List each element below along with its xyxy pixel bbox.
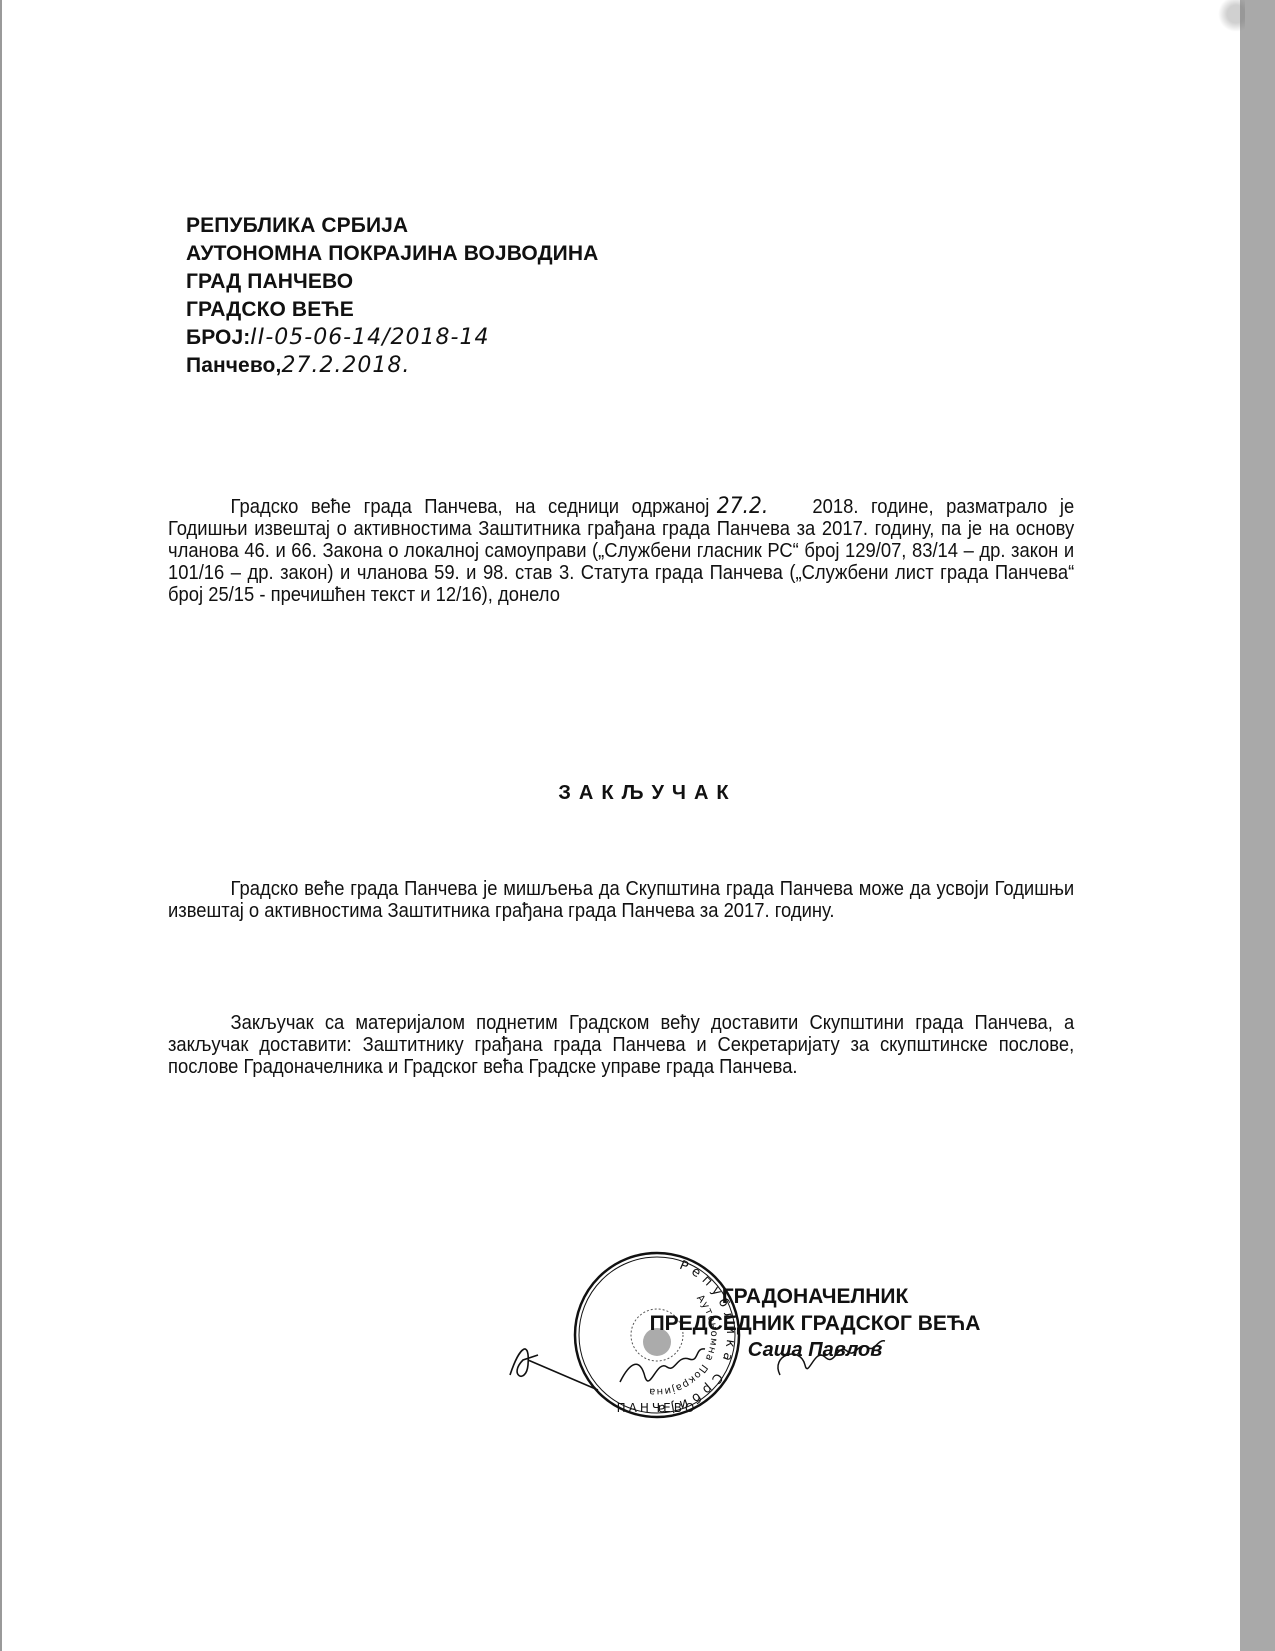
- header-province: АУТОНОМНА ПОКРАЈИНА ВОЈВОДИНА: [186, 240, 598, 268]
- intro-paragraph: Градско веће града Панчева, на седници о…: [168, 496, 1074, 606]
- document-title: ЗАКЉУЧАК: [0, 782, 1275, 805]
- header-city: ГРАД ПАНЧЕВО: [186, 268, 598, 296]
- header-place-date: Панчево,27.2.2018.: [186, 352, 598, 380]
- header-republic: РЕПУБЛИКА СРБИЈА: [186, 212, 598, 240]
- delivery-paragraph: Закључак са материјалом поднетим Градско…: [168, 1012, 1074, 1078]
- number-label: БРОЈ:: [186, 326, 250, 349]
- scan-border-strip: [1240, 0, 1275, 1651]
- date-handwritten: 27.2.2018.: [281, 353, 410, 378]
- intro-text-1: Градско веће града Панчева, на седници о…: [231, 496, 710, 518]
- header-number: БРОЈ:II-05-06-14/2018-14: [186, 324, 598, 352]
- signature-block: ГРАДОНАЧЕЛНИК ПРЕДСЕДНИК ГРАДСКОГ ВЕЋА С…: [600, 1283, 1030, 1364]
- signatory-name: Саша Павлов: [600, 1337, 1030, 1364]
- number-handwritten: II-05-06-14/2018-14: [250, 325, 489, 350]
- conclusion-text: Градско веће града Панчева је мишљења да…: [168, 878, 1074, 922]
- conclusion-paragraph: Градско веће града Панчева је мишљења да…: [168, 878, 1074, 922]
- delivery-text: Закључак са материјалом поднетим Градско…: [168, 1012, 1074, 1078]
- session-date-handwritten: 27.2.: [717, 494, 769, 519]
- signatory-title-council-president: ПРЕДСЕДНИК ГРАДСКОГ ВЕЋА: [600, 1310, 1030, 1337]
- header-council: ГРАДСКО ВЕЋЕ: [186, 296, 598, 324]
- scan-noise: [1215, 0, 1245, 35]
- svg-text:ПАНЧЕВО: ПАНЧЕВО: [617, 1401, 698, 1415]
- scan-left-edge: [0, 0, 2, 1651]
- document-header: РЕПУБЛИКА СРБИЈА АУТОНОМНА ПОКРАЈИНА ВОЈ…: [186, 212, 598, 380]
- place-label: Панчево,: [186, 354, 281, 377]
- signatory-title-mayor: ГРАДОНАЧЕЛНИК: [600, 1283, 1030, 1310]
